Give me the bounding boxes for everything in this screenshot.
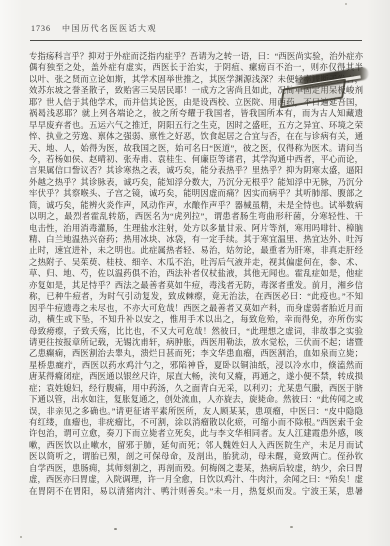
text-line: 精、白兰地温热兴奋药；热用冰块、冰袋，有一定手续。其于寒宜温里、热宜达外、吐泻 [29,234,363,245]
text-line: 症；袁姓媳妇，经行腹痛，用中药汤，久之面青白无采，以利刃；尤某患气臌，西医于脐 [29,383,363,394]
text-line: 早早废弃者也。五运六气之推迁，阴阳五行之生克，因时之盛旺，五方之异宜、环境之荣 [29,120,363,131]
text-line: 虚，西医亦曰胃虚，入院调理，许一月全愈，日饮以鸡汁、牛肉汁，余闻之曰：“殆矣！虚 [29,474,363,485]
text-line: 止时，速宜进补，未之明也。此症属热者轻、易治，姑勿论，最重者为肝寒，非真走肝经 [29,245,363,256]
text-line: 以明之，最烈者霍乱转筋，西医名为“虎列拉”，谓患者肠生弯曲形秆菌，分寒轻性、干性… [29,211,363,222]
text-line: 自学西医，患肠痈，其师刻割之，再剖而殁。何梅阁之妻某，热病后较虚，纳少，余曰胃 [29,463,363,474]
paper-speck [114,528,117,530]
paper-speck [345,3,347,5]
text-line: 动，横生或下坠，不知升补以安之，惟用手术以出之，每致危殆，幸而得免，亦所伤实多， [29,314,363,325]
text-line: 称，已种牛痘者，为时气引动复发，致成棘瘵，竟无治法，在西医必曰：“此疫也。”不知 [29,291,363,302]
text-line: 偶有独至之处，盖外症有虚实，西医长于治实，于阴疽、瘰疬百不治一，则亦仅得其半耳。… [29,62,363,73]
text-line: 草、归、地、芍，佐以温药俱不治，西法补者仅杖盐液，其他无闻也。霍乱症如是，他症 [29,268,363,279]
page-header: 1736中国历代名医医话大观 [31,24,360,34]
book-page: 1736中国历代名医医话大观 专指疡科言乎？抑对于外症而泛指内症乎？吾请为之转一… [0,0,390,546]
text-line: 专指疡科言乎？抑对于外症而泛指内症乎？吾请为之转一语，曰：“西医尚实验，治外症亦 [29,51,363,62]
text-line: 有红缕，血瘤也，非疣瘤比，不可割，涂以消瘤散以化瘀，可缩小而不除根。”西医索千金 [29,417,363,428]
text-line: 外越之热乎？其诊脉表，诚巧矣，能知浮分数大，乃沉分无根乎？能知浮中无脉，乃沉分 [29,177,363,188]
text-line: 误，非亲见之多确也。”请更征诸平素所医所，友人顾某某，患项瘤，中医曰：“皮中隐隐 [29,406,363,417]
text-line: 因乎牛痘遗毒之未尽也，不亦大可危哉！西医之最善者又莫如产科，而身虚弱者胎近月而 [29,303,363,314]
text-line: 电击性，治用消毒灌肠，生理盐水注射，处方以多量甘汞、阿片等剂，寒用吗啡针、樟脑 [29,223,363,234]
text-line: 天、地、人，始得为医，故我国之医，始可名曰“医道”，彼之医，仅得称为医术。请问当 [29,143,363,154]
text-line: 以叶、张之贤而立论如斯，其学术固举世推之，其医学渊源浅深？未便轻率遽断于发言，不 [29,74,363,85]
book-title: 中国历代名医医话大观 [62,24,157,34]
text-line: 牢伏乎？其察喉头、子宫之镜，诚巧矣，能明因虚而痛？因实而病乎？其听肺部、腹部之 [29,188,363,199]
text-line: 祸曷浅恶耶？就上列各端论之，彼之所夸耀于我国者，皆我国所本有，而为古人知藏遗弊， [29,108,363,119]
page-number: 1736 [31,24,51,34]
text-line: 言果属信口訾议否？其诊寒热之表，诚巧矣，能分表热乎？里热乎？抑为阴寒太盛，逼阳 [29,165,363,176]
body-text: 专指疡科言乎？抑对于外症而泛指内症乎？吾请为之转一语，曰：“西医尚实验，治外症亦… [29,51,363,497]
text-line: 请更往按报章所记载，无锡沈甫轩，病肿胀，西医用勒法，放水觉松，三伏而不起；诸暨 [29,337,363,348]
text-line: 之热附子、吴茱萸、桂枝、细辛、木瓜不治，吐泻后气液并走，视其偏虚何在，参、术、 [29,257,363,268]
text-line: 亦复如是，其足恃乎？西法之最善者莫如牛痘，毒浅者无防，毒深者重发。前月，湘乡信 [29,280,363,291]
text-line: 医以筒听之，谓胎已殒，剖之可保母命，及剖出，胎犹动，母未醒，竟致两亡。侄孙钦文， [29,451,363,462]
text-line: 嗽，西医饮以止嗽水，留邪于肺，延旬而死；邻人魏姓妇人入西医院生产，未足月而试验， [29,440,363,451]
text-line: 许包治，谓可立愈，奏刀下而立毙者立死矣，此与李文华相同者。友人江建霞患外感，咳 [29,428,363,439]
header-rule [30,40,362,41]
text-line: 效苏东坡之誉圣散子，致贻害三吴居民耶！一成方之害尚且如此，况简单固定用呆板峻剂 [29,85,363,96]
text-line: 下通以管，出水如注，复胀复通之，创处流血，人亦旋去，旋毙命。然彼曰：“此传闻之或 [29,394,363,405]
text-line: 唐某得癃闭症，西医通以银丝尺许，尿直大畅，浃旬又癃，再通之，遂小便不禁，转成损 [29,371,363,382]
text-line: 在胃阴不在胃阳，易以清猪肉汁、鸭汁则善矣。”未一月，热复炽而发。宁波王某，患暑瘵… [29,486,363,497]
paper-speck [290,526,293,528]
text-line: 悴、执业之劳逸、禀体之强弱、禀性之好恶，饮食起居之合宜与否，在在与诊病有关，通 [29,131,363,142]
text-line: 耶？世人信于其他学术，而并信其论医，由是设西校、立医院、用西药，不日遍延吾国，其 [29,97,363,108]
text-line: 母致痨瘵，子致夭殇，比比也，不又大可危哉！然彼曰，“此理想之虚词，非故事之实验也… [29,326,363,337]
paper-speck [20,536,22,538]
text-line: 乙患癫痫，西医割治去睾丸，溃烂日甚而死；李文华患血瘤，西医割治，血如泉而立毙；侯 [29,348,363,359]
text-line: 今，若杨如侯、赵晴初、张寿甫、袁桂生、何廉臣等诸君，其学沟通中西者，平心而论，我 [29,154,363,165]
text-line: 筒，诚巧矣，能辨火炎作声，风动作声，水酿作声乎？器械虽精，未是全恃也。试举数病 [29,200,363,211]
text-line: 星桥患癍疔，西医以药水鸡汁勺之，邪陷神昏，夏卧以铜油纸，浸以冷水巾，倏溘然而逝； [29,360,363,371]
